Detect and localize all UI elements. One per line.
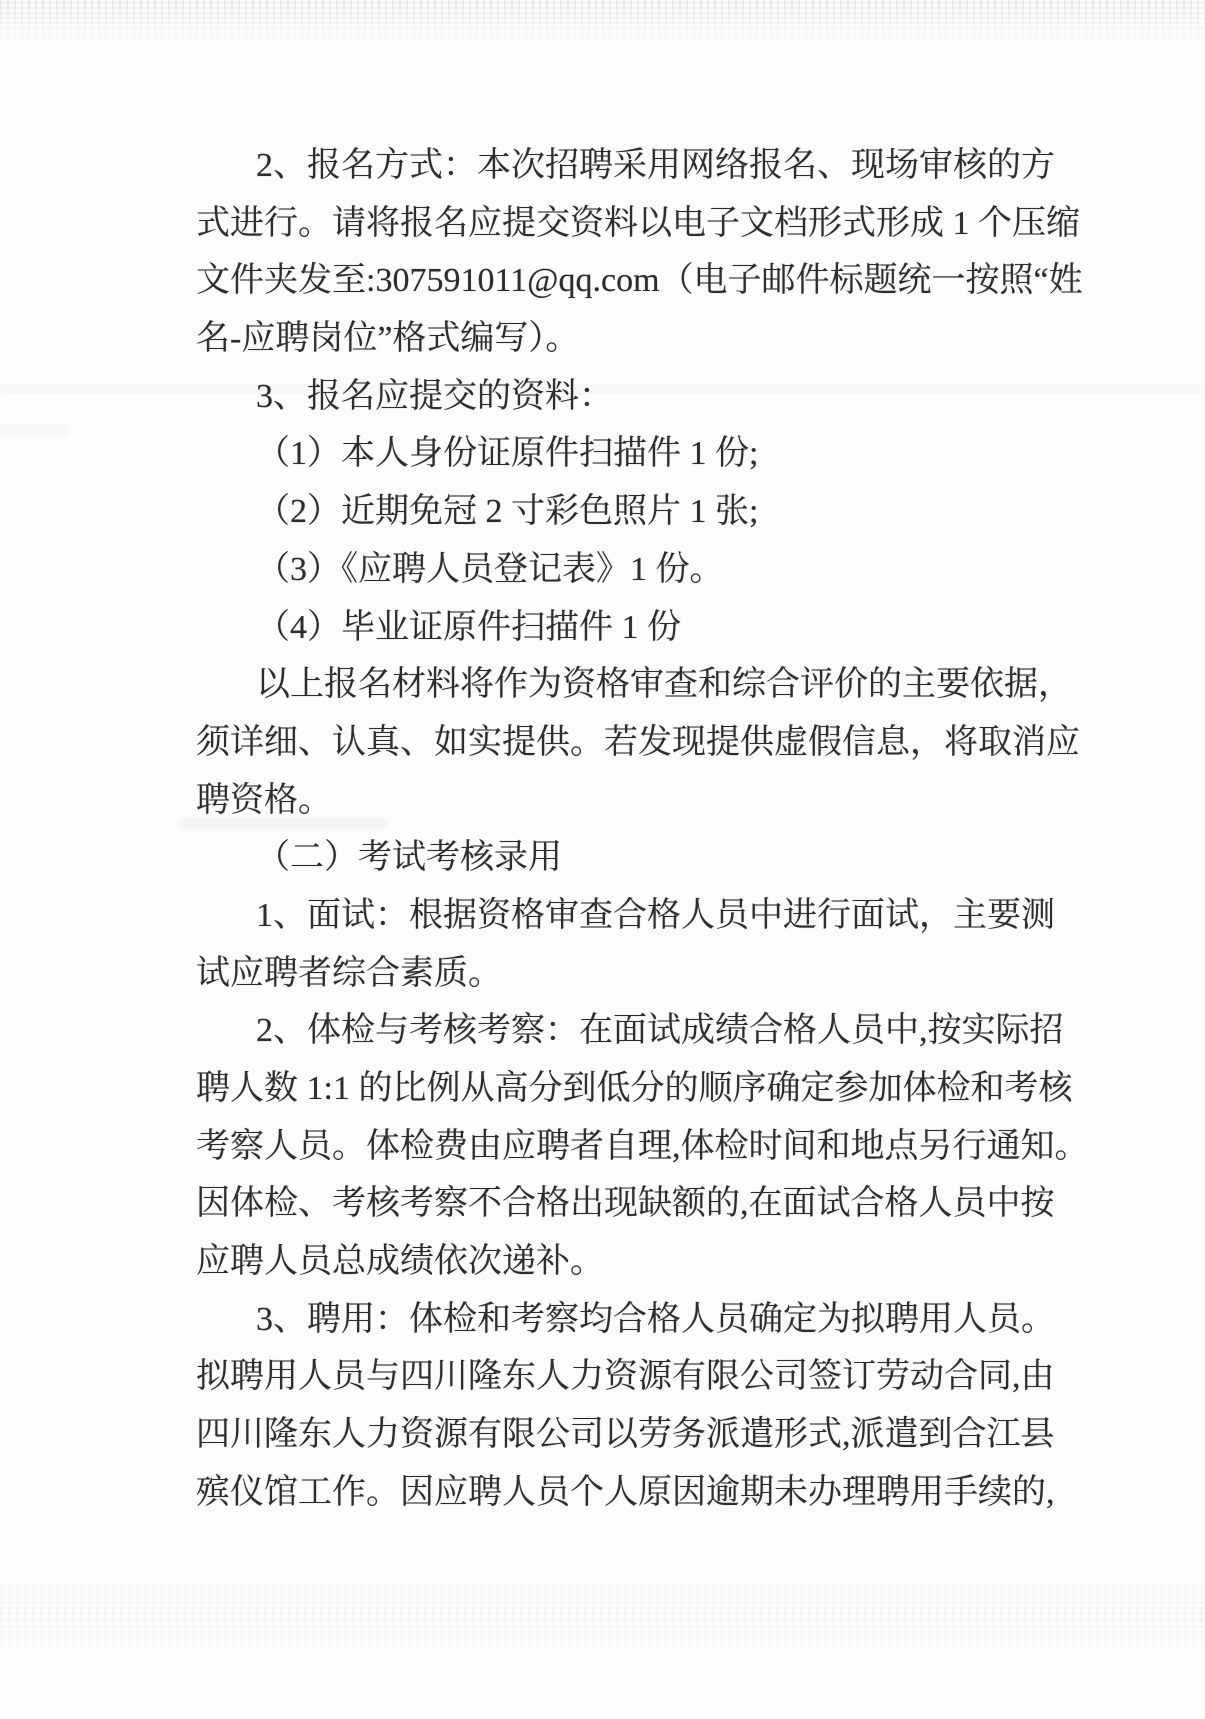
text-line: 因体检、考核考察不合格出现缺额的,在面试合格人员中按: [196, 1175, 1101, 1233]
text-line: 3、报名应提交的资料：: [196, 368, 1101, 426]
text-line: 聘资格。: [196, 772, 1101, 830]
scan-noise-top: [0, 0, 1205, 54]
text-line: 2、报名方式：本次招聘采用网络报名、现场审核的方: [196, 137, 1101, 195]
text-line: 名-应聘岗位”格式编写）。: [196, 310, 1101, 368]
text-line: （二）考试考核录用: [196, 829, 1101, 887]
text-line: 拟聘用人员与四川隆东人力资源有限公司签订劳动合同,由: [196, 1348, 1101, 1406]
text-line: 3、聘用：体检和考察均合格人员确定为拟聘用人员。: [196, 1291, 1101, 1349]
text-line: 式进行。请将报名应提交资料以电子文档形式形成 1 个压缩: [196, 195, 1101, 253]
text-line: （3）《应聘人员登记表》1 份。: [196, 541, 1101, 599]
text-line: 四川隆东人力资源有限公司以劳务派遣形式,派遣到合江县: [196, 1406, 1101, 1464]
text-line: 考察人员。体检费由应聘者自理,体检时间和地点另行通知。: [196, 1118, 1101, 1176]
text-line: 以上报名材料将作为资格审查和综合评价的主要依据，: [196, 656, 1101, 714]
text-line: 殡仪馆工作。因应聘人员个人原因逾期未办理聘用手续的,: [196, 1464, 1101, 1522]
text-line: （2）近期免冠 2 寸彩色照片 1 张;: [196, 483, 1101, 541]
text-line: （1）本人身份证原件扫描件 1 份;: [196, 425, 1101, 483]
scan-noise-bottom: [0, 1568, 1205, 1663]
text-line: （4）毕业证原件扫描件 1 份: [196, 599, 1101, 657]
text-line: 聘人数 1:1 的比例从高分到低分的顺序确定参加体检和考核: [196, 1060, 1101, 1118]
text-line: 2、体检与考核考察：在面试成绩合格人员中,按实际招: [196, 1002, 1101, 1060]
text-line: 文件夹发至:307591011@qq.com（电子邮件标题统一按照“姓: [196, 252, 1101, 310]
text-line: 须详细、认真、如实提供。若发现提供虚假信息，将取消应: [196, 714, 1101, 772]
scanned-document-page: 2、报名方式：本次招聘采用网络报名、现场审核的方式进行。请将报名应提交资料以电子…: [0, 0, 1205, 1719]
document-body: 2、报名方式：本次招聘采用网络报名、现场审核的方式进行。请将报名应提交资料以电子…: [196, 137, 1101, 1522]
text-line: 试应聘者综合素质。: [196, 945, 1101, 1003]
text-line: 应聘人员总成绩依次递补。: [196, 1233, 1101, 1291]
text-line: 1、面试：根据资格审查合格人员中进行面试，主要测: [196, 887, 1101, 945]
scan-smudge: [0, 424, 70, 436]
